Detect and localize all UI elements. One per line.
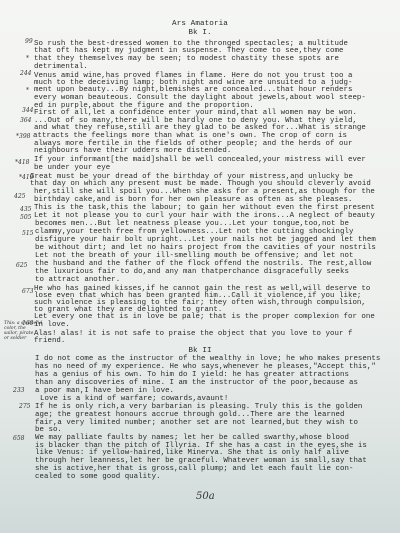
document-page: Ars Amatoria Bk I. So rush the best-dres… — [0, 0, 400, 533]
text-line: and what they refuse,still are they glad… — [34, 124, 366, 132]
text-line: Alas! alas! it is not safe to praise the… — [34, 330, 352, 338]
text-line: First of all,let a confidence enter your… — [34, 109, 357, 117]
margin-number: 505 — [20, 215, 31, 221]
text-line: the husband and the father of the flock … — [35, 260, 371, 268]
margin-number: 425 — [14, 194, 25, 200]
text-line: age; the greatest honours accrue through… — [35, 411, 344, 419]
text-line: Let every one that is in love be pale; t… — [34, 313, 375, 321]
text-line: the luxurious fair to do,and any man tha… — [35, 268, 349, 276]
text-line: I do not come as the instructor of the w… — [35, 355, 380, 363]
margin-number: 233 — [13, 388, 24, 394]
text-line: be under your eye — [34, 164, 110, 172]
margin-number: 435 — [20, 207, 31, 213]
margin-number: *410 — [19, 175, 33, 181]
margin-number: 658 — [13, 436, 24, 442]
margin-number: 244 — [20, 71, 31, 77]
text-line: birthday cake,and is born for her own pl… — [34, 196, 352, 204]
text-line: detrimental. — [34, 63, 88, 71]
text-line: be without dirt; and let no hairs projec… — [35, 244, 376, 252]
text-line: attracts the feelings more than what is … — [33, 132, 347, 140]
text-line: ment upon beauty...By night,blemishes ar… — [34, 86, 352, 94]
margin-number: 344 — [22, 108, 33, 114]
text-line: If your informant[the maid]shall be well… — [34, 156, 366, 164]
text-line: every woman beauteous. Consult the dayli… — [34, 94, 366, 102]
margin-number: 515 — [22, 231, 33, 237]
handwritten-margin-note: This: a shameful color, the sailor, pira… — [4, 321, 42, 341]
margin-number: 673 — [22, 289, 33, 295]
book1-heading: Bk I. — [0, 29, 400, 37]
text-line: her,still she will spoil you...When she … — [34, 188, 375, 196]
text-line: becomes men...But let neatness please yo… — [35, 220, 349, 228]
text-line: through her leanness,let her be graceful… — [35, 457, 367, 465]
text-line: cealed to some good quality. — [35, 473, 161, 481]
margin-number: *418 — [15, 160, 29, 166]
margin-asterisk: * — [26, 88, 29, 94]
text-line: than any discoveries of mine. I am the i… — [35, 379, 358, 387]
text-line: neighbours have their udders more disten… — [34, 147, 231, 155]
text-line: she is active,her that is gross,call plu… — [35, 465, 353, 473]
margin-asterisk: * — [26, 56, 29, 62]
text-line: a poor man,I have been in love. — [35, 387, 174, 395]
margin-number: 99 — [25, 39, 33, 45]
text-line: like Venus: if yellow-haired,like Minerv… — [35, 449, 349, 457]
margin-number: 625 — [16, 263, 27, 269]
book2-heading: Bk II — [0, 347, 400, 355]
text-line: clammy,your teeth free from yellowness..… — [35, 228, 353, 236]
text-line: be so. — [35, 426, 62, 434]
text-line: to attract another. — [35, 276, 120, 284]
text-line: that day on which any present must be ma… — [30, 180, 371, 188]
text-line: If he is only rich,a very barbarian is p… — [35, 403, 362, 411]
text-line: Love is a kind of warfare; cowards,avaun… — [40, 395, 228, 403]
text-line: has no need of my experience. He who say… — [35, 363, 376, 371]
margin-number: *398 — [16, 134, 30, 140]
text-line: that oft has kept my judgment in suspens… — [34, 47, 343, 55]
text-line: We may palliate faults by names; let her… — [35, 434, 349, 442]
text-line: that they themselves may be seen; to mod… — [34, 55, 339, 63]
text-line: Let not the breath of your ill-smelling … — [35, 252, 353, 260]
margin-number: 364 — [20, 118, 31, 124]
text-line: has a genius of his own. To him do I yie… — [35, 371, 349, 379]
page-mark: 50a — [196, 491, 215, 502]
text-line: fair,a very limited number; another set … — [35, 419, 358, 427]
margin-number: 275 — [19, 404, 30, 410]
text-line: Let it not please you to curl your hair … — [34, 212, 375, 220]
document-title: Ars Amatoria — [0, 20, 400, 28]
text-line: This is the task,this the labour; to gai… — [34, 204, 375, 212]
text-line: disfigure your hair bolt upright...Let y… — [35, 236, 376, 244]
